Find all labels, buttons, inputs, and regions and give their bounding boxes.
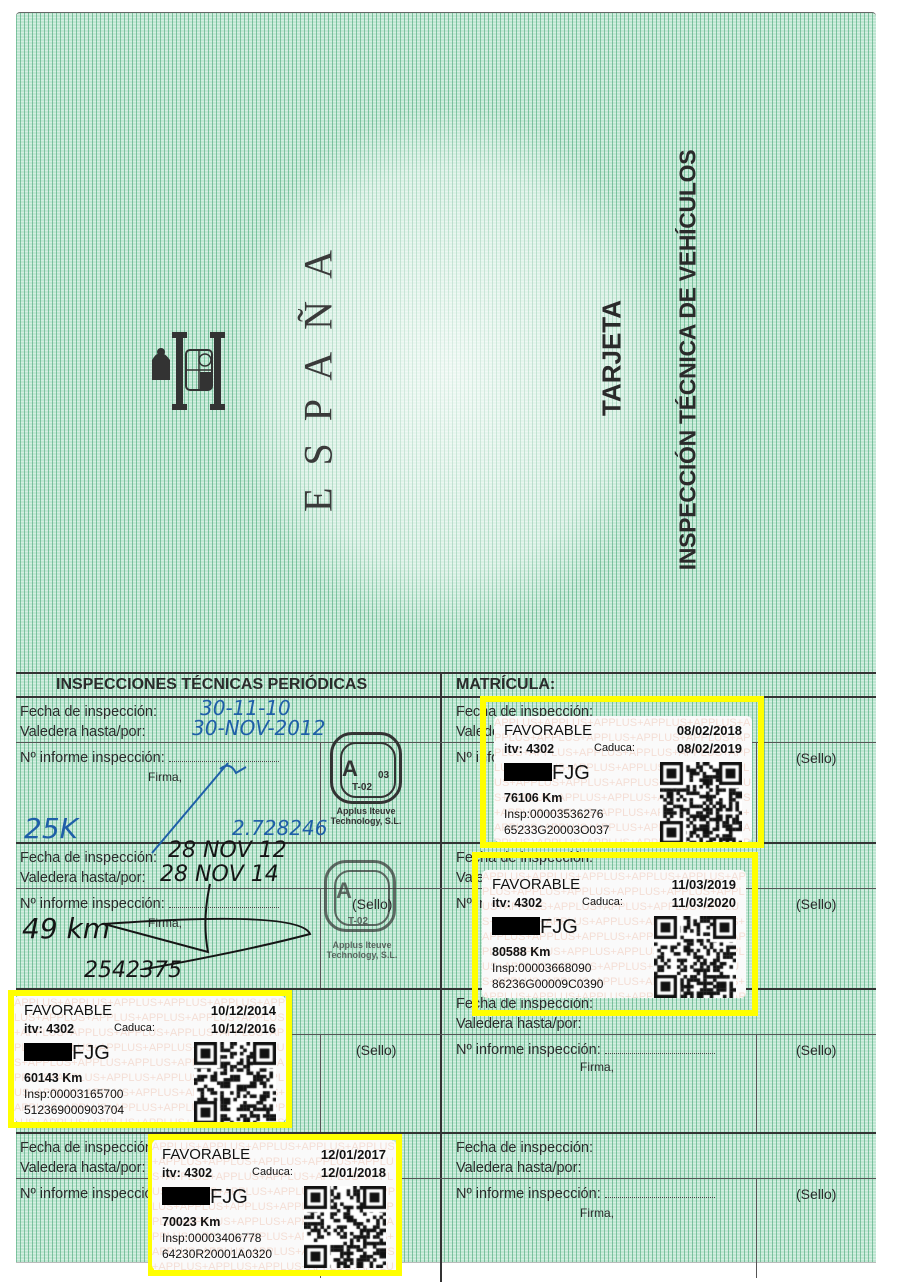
valedera-label: Valedera hasta/por: <box>20 724 145 740</box>
card-title: INSPECCIÓN TÉCNICA DE VEHÍCULOS <box>675 150 702 571</box>
sticker-mileage: 80588 Km <box>492 945 550 959</box>
valedera-label: Valedera hasta/por: <box>456 1160 581 1176</box>
sello-divider <box>320 1034 321 1132</box>
handwritten-valedera: 30-NOV-2012 <box>192 716 325 740</box>
signature-mark <box>100 880 320 970</box>
sticker-plate: FJG <box>504 762 590 785</box>
redaction-bar <box>24 1043 72 1061</box>
sello-label: (Sello) <box>796 896 836 912</box>
sello-divider <box>756 1178 757 1278</box>
sticker-inspection-date: 08/02/2018 <box>677 723 742 738</box>
firma-label: Firma, <box>580 1206 614 1220</box>
sticker-insp-number: Insp:00003406778 <box>162 1231 261 1245</box>
sticker-code: 65233G20003O037 <box>504 823 609 837</box>
informe-label: Nº informe inspección: <box>456 1186 715 1202</box>
sticker-inspection-date: 11/03/2019 <box>672 877 736 892</box>
card-bottom-edge <box>16 1262 876 1281</box>
sticker-expiry-date: 12/01/2018 <box>321 1165 386 1180</box>
sticker-plate: FJG <box>162 1186 248 1209</box>
sticker-mileage: 76106 Km <box>504 791 562 805</box>
sello-divider <box>756 1034 757 1132</box>
redaction-bar <box>162 1187 210 1205</box>
sticker-itv: itv: 4302 <box>492 896 542 910</box>
right-section-header: MATRÍCULA: <box>456 676 555 694</box>
sticker-expiry-date: 08/02/2019 <box>677 741 742 756</box>
sticker-inspection-date: 12/01/2017 <box>321 1147 386 1162</box>
sello-divider <box>320 888 321 988</box>
firma-label: Firma, <box>580 1060 614 1074</box>
sticker-itv: itv: 4302 <box>24 1022 74 1036</box>
stamp-letter: A <box>342 756 358 782</box>
sticker-plate: FJG <box>492 916 578 939</box>
stamp-number: 03 <box>378 770 389 781</box>
sticker-itv: itv: 4302 <box>162 1166 212 1180</box>
sticker-insp-number: Insp:00003668090 <box>492 961 591 975</box>
sello-label: (Sello) <box>356 1042 396 1058</box>
row-line <box>440 1034 876 1035</box>
fecha-label: Fecha de inspección: <box>20 704 157 720</box>
sello-label: (Sello) <box>796 1186 836 1202</box>
stamp-code: T-02 <box>348 916 368 927</box>
sticker-insp-number: Insp:00003536276 <box>504 807 603 821</box>
left-section-header: INSPECCIONES TÉCNICAS PERIÓDICAS <box>56 676 367 694</box>
handwritten-note: 49 km <box>22 912 110 945</box>
sticker-code: 512369000903704 <box>24 1103 124 1117</box>
informe-label: Nº informe inspección: <box>20 1186 165 1202</box>
qr-code-icon <box>660 762 742 842</box>
fecha-label: Fecha de inspección: <box>20 850 157 866</box>
stamp-footer: Applus Iteuve Technology, S.L. <box>316 940 408 960</box>
sticker-caduca-label: Caduca: <box>114 1022 155 1034</box>
sticker-plate: FJG <box>24 1042 110 1065</box>
valedera-label: Valedera hasta/por: <box>456 1016 581 1032</box>
sticker-caduca-label: Caduca: <box>582 896 623 908</box>
sello-label: (Sello) <box>796 750 836 766</box>
row-line <box>440 1178 876 1179</box>
redaction-bar <box>492 917 540 935</box>
applus-stamp <box>330 732 402 804</box>
sticker-itv: itv: 4302 <box>504 742 554 756</box>
sticker-mileage: 70023 Km <box>162 1215 220 1229</box>
itv-sticker: APPLUS+APPLUS+APPLUS+APPLUS+APPLUS+APPLU… <box>494 716 752 842</box>
sticker-caduca-label: Caduca: <box>594 742 635 754</box>
row-line <box>440 1132 876 1134</box>
redaction-bar <box>504 763 552 781</box>
sticker-mileage: 60143 Km <box>24 1071 82 1085</box>
sticker-code: 64230R20001A0320 <box>162 1247 272 1261</box>
valedera-label: Valedera hasta/por: <box>20 1160 145 1176</box>
informe-label: Nº informe inspección: <box>456 1042 715 1058</box>
column-divider <box>440 672 442 1282</box>
stamp-footer: Applus Iteuve Technology, S.L. <box>320 806 412 826</box>
stamp-code: T-02 <box>352 782 372 793</box>
sticker-result: FAVORABLE <box>24 1002 112 1019</box>
sticker-insp-number: Insp:00003165700 <box>24 1087 123 1101</box>
handwritten-note: 25K <box>24 812 78 845</box>
handwritten-fecha: 28 NOV 12 <box>168 838 287 863</box>
sello-label: (Sello) <box>796 1042 836 1058</box>
card-word: TARJETA <box>597 300 628 416</box>
sticker-expiry-date: 10/12/2016 <box>211 1021 276 1036</box>
sticker-result: FAVORABLE <box>492 876 580 893</box>
qr-code-icon <box>304 1186 386 1268</box>
fecha-label: Fecha de inspección: <box>456 1140 593 1156</box>
itv-sticker: APPLUS+APPLUS+APPLUS+APPLUS+APPLUS+APPLU… <box>152 1140 396 1270</box>
itv-sticker: APPLUS+APPLUS+APPLUS+APPLUS+APPLUS+APPLU… <box>14 996 286 1122</box>
coat-of-arms-icon <box>148 330 238 412</box>
fecha-label: Fecha de inspección: <box>20 1140 157 1156</box>
sticker-result: FAVORABLE <box>162 1146 250 1163</box>
country-name: ESPAÑA <box>295 228 342 512</box>
sticker-inspection-date: 10/12/2014 <box>211 1003 276 1018</box>
table-top-line <box>16 672 876 674</box>
sticker-result: FAVORABLE <box>504 722 592 739</box>
qr-code-icon <box>194 1042 276 1122</box>
sticker-code: 86236G00009C0390 <box>492 977 603 991</box>
sticker-expiry-date: 11/03/2020 <box>672 895 736 910</box>
itv-sticker: APPLUS+APPLUS+APPLUS+APPLUS+APPLUS+APPLU… <box>482 870 746 998</box>
stamp-letter: A <box>336 878 352 904</box>
qr-code-icon <box>654 916 736 998</box>
sticker-caduca-label: Caduca: <box>252 1166 293 1178</box>
